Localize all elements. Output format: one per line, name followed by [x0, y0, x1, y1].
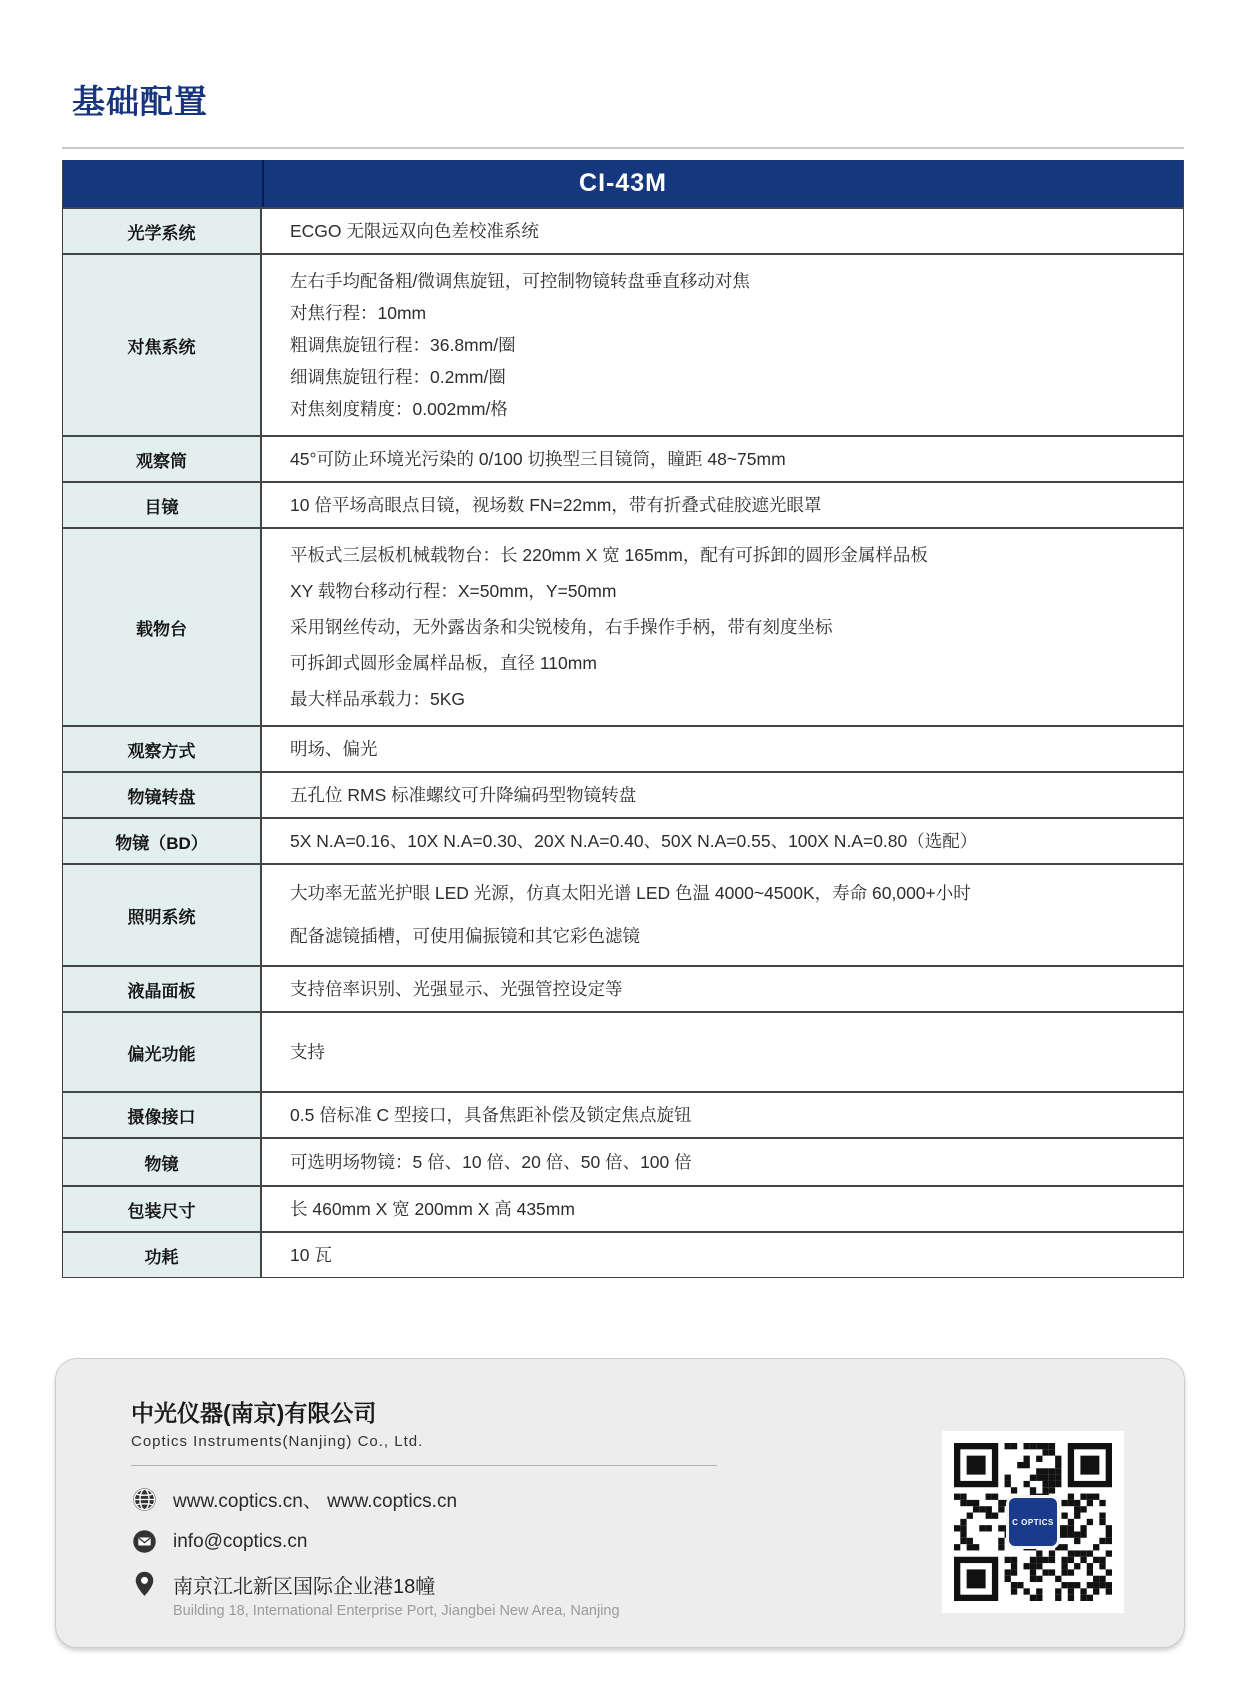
address-en: Building 18, International Enterprise Po…	[173, 1603, 620, 1619]
row-label: 对焦系统	[63, 255, 262, 435]
row-value-line: XY 载物台移动行程：X=50mm，Y=50mm	[290, 573, 1171, 609]
page-title: 基础配置	[72, 76, 208, 123]
email-text: info@coptics.cn	[173, 1531, 307, 1553]
company-footer-card: 中光仪器(南京)有限公司 Coptics Instruments(Nanjing…	[55, 1358, 1185, 1648]
email-icon	[131, 1528, 158, 1555]
row-label: 物镜转盘	[63, 773, 262, 817]
row-value-line: 五孔位 RMS 标准螺纹可升降编码型物镜转盘	[290, 780, 1171, 810]
row-label: 物镜（BD）	[63, 819, 262, 863]
row-value: 长 460mm X 宽 200mm X 高 435mm	[262, 1187, 1183, 1231]
address-row: 南京江北新区国际企业港18幢 Building 18, Internationa…	[131, 1570, 811, 1619]
spec-table-body: 光学系统ECGO 无限远双向色差校准系统对焦系统左右手均配备粗/微调焦旋钮，可控…	[63, 207, 1183, 1277]
row-value: 支持倍率识别、光强显示、光强管控设定等	[262, 967, 1183, 1011]
row-value-line: 45°可防止环境光污染的 0/100 切换型三目镜筒，瞳距 48~75mm	[290, 444, 1171, 474]
row-value-line: 5X N.A=0.16、10X N.A=0.30、20X N.A=0.40、50…	[290, 826, 1171, 856]
table-row: 物镜转盘五孔位 RMS 标准螺纹可升降编码型物镜转盘	[63, 771, 1183, 817]
qr-center-logo: C OPTICS	[1006, 1495, 1060, 1549]
header-column-divider	[262, 160, 264, 207]
row-value: ECGO 无限远双向色差校准系统	[262, 209, 1183, 253]
model-name: CI-43M	[579, 169, 667, 198]
row-value-line: 最大样品承载力：5KG	[290, 681, 1171, 717]
table-row: 液晶面板支持倍率识别、光强显示、光强管控设定等	[63, 965, 1183, 1011]
table-row: 光学系统ECGO 无限远双向色差校准系统	[63, 207, 1183, 253]
row-value: 平板式三层板机械载物台：长 220mm X 宽 165mm，配有可拆卸的圆形金属…	[262, 529, 1183, 725]
row-value: 0.5 倍标准 C 型接口，具备焦距补偿及锁定焦点旋钮	[262, 1093, 1183, 1137]
company-info-block: 中光仪器(南京)有限公司 Coptics Instruments(Nanjing…	[131, 1395, 811, 1619]
row-value: 支持	[262, 1013, 1183, 1091]
table-row: 照明系统大功率无蓝光护眼 LED 光源，仿真太阳光谱 LED 色温 4000~4…	[63, 863, 1183, 965]
row-label: 观察筒	[63, 437, 262, 481]
table-row: 包装尺寸长 460mm X 宽 200mm X 高 435mm	[63, 1185, 1183, 1231]
website-row: www.coptics.cn、 www.coptics.cn	[131, 1486, 811, 1513]
table-row: 偏光功能支持	[63, 1011, 1183, 1091]
row-value: 明场、偏光	[262, 727, 1183, 771]
row-value-line: 可拆卸式圆形金属样品板，直径 110mm	[290, 645, 1171, 681]
table-row: 摄像接口0.5 倍标准 C 型接口，具备焦距补偿及锁定焦点旋钮	[63, 1091, 1183, 1137]
row-value-line: ECGO 无限远双向色差校准系统	[290, 216, 1171, 246]
row-value-line: 平板式三层板机械载物台：长 220mm X 宽 165mm，配有可拆卸的圆形金属…	[290, 537, 1171, 573]
row-value: 可选明场物镜：5 倍、10 倍、20 倍、50 倍、100 倍	[262, 1139, 1183, 1185]
row-value-line: 长 460mm X 宽 200mm X 高 435mm	[290, 1194, 1171, 1224]
spec-table-header: CI-43M	[63, 160, 1183, 207]
row-value-line: 明场、偏光	[290, 734, 1171, 764]
location-pin-icon	[131, 1570, 158, 1597]
row-label: 液晶面板	[63, 967, 262, 1011]
website-text: www.coptics.cn、 www.coptics.cn	[173, 1486, 457, 1513]
row-value-line: 粗调焦旋钮行程：36.8mm/圈	[290, 329, 1171, 361]
row-label: 摄像接口	[63, 1093, 262, 1137]
row-value-line: 10 瓦	[290, 1240, 1171, 1270]
title-underline	[62, 147, 1184, 149]
row-value-line: 配备滤镜插槽，可使用偏振镜和其它彩色滤镜	[290, 915, 1171, 958]
globe-icon	[131, 1486, 158, 1513]
table-row: 物镜（BD）5X N.A=0.16、10X N.A=0.30、20X N.A=0…	[63, 817, 1183, 863]
row-value-line: 支持	[290, 1037, 1171, 1067]
spec-table: CI-43M 光学系统ECGO 无限远双向色差校准系统对焦系统左右手均配备粗/微…	[62, 160, 1184, 1278]
row-value: 五孔位 RMS 标准螺纹可升降编码型物镜转盘	[262, 773, 1183, 817]
row-label: 光学系统	[63, 209, 262, 253]
table-row: 载物台平板式三层板机械载物台：长 220mm X 宽 165mm，配有可拆卸的圆…	[63, 527, 1183, 725]
table-row: 物镜可选明场物镜：5 倍、10 倍、20 倍、50 倍、100 倍	[63, 1137, 1183, 1185]
row-label: 物镜	[63, 1139, 262, 1185]
company-name-cn: 中光仪器(南京)有限公司	[131, 1395, 811, 1428]
address-block: 南京江北新区国际企业港18幢 Building 18, Internationa…	[173, 1570, 620, 1619]
table-row: 观察方式明场、偏光	[63, 725, 1183, 771]
qr-code: C OPTICS	[942, 1431, 1124, 1613]
address-cn: 南京江北新区国际企业港18幢	[173, 1570, 620, 1599]
row-label: 功耗	[63, 1233, 262, 1277]
row-value: 10 倍平场高眼点目镜，视场数 FN=22mm，带有折叠式硅胶遮光眼罩	[262, 483, 1183, 527]
row-label: 载物台	[63, 529, 262, 725]
row-value: 左右手均配备粗/微调焦旋钮，可控制物镜转盘垂直移动对焦对焦行程：10mm粗调焦旋…	[262, 255, 1183, 435]
row-value-line: 对焦刻度精度：0.002mm/格	[290, 393, 1171, 425]
footer-divider	[131, 1465, 717, 1466]
row-label: 包装尺寸	[63, 1187, 262, 1231]
table-row: 对焦系统左右手均配备粗/微调焦旋钮，可控制物镜转盘垂直移动对焦对焦行程：10mm…	[63, 253, 1183, 435]
row-value-line: 支持倍率识别、光强显示、光强管控设定等	[290, 974, 1171, 1004]
row-label: 偏光功能	[63, 1013, 262, 1091]
row-value-line: 对焦行程：10mm	[290, 297, 1171, 329]
row-value-line: 0.5 倍标准 C 型接口，具备焦距补偿及锁定焦点旋钮	[290, 1100, 1171, 1130]
row-value: 10 瓦	[262, 1233, 1183, 1277]
row-value-line: 大功率无蓝光护眼 LED 光源，仿真太阳光谱 LED 色温 4000~4500K…	[290, 872, 1171, 915]
row-value-line: 采用钢丝传动，无外露齿条和尖锐棱角，右手操作手柄，带有刻度坐标	[290, 609, 1171, 645]
row-value: 大功率无蓝光护眼 LED 光源，仿真太阳光谱 LED 色温 4000~4500K…	[262, 865, 1183, 965]
row-value-line: 细调焦旋钮行程：0.2mm/圈	[290, 361, 1171, 393]
row-value-line: 可选明场物镜：5 倍、10 倍、20 倍、50 倍、100 倍	[290, 1147, 1171, 1177]
company-name-en: Coptics Instruments(Nanjing) Co., Ltd.	[131, 1433, 811, 1450]
row-value: 45°可防止环境光污染的 0/100 切换型三目镜筒，瞳距 48~75mm	[262, 437, 1183, 481]
email-row: info@coptics.cn	[131, 1528, 811, 1555]
table-row: 观察筒45°可防止环境光污染的 0/100 切换型三目镜筒，瞳距 48~75mm	[63, 435, 1183, 481]
row-value-line: 10 倍平场高眼点目镜，视场数 FN=22mm，带有折叠式硅胶遮光眼罩	[290, 490, 1171, 520]
row-value: 5X N.A=0.16、10X N.A=0.30、20X N.A=0.40、50…	[262, 819, 1183, 863]
table-row: 功耗10 瓦	[63, 1231, 1183, 1277]
row-value-line: 左右手均配备粗/微调焦旋钮，可控制物镜转盘垂直移动对焦	[290, 265, 1171, 297]
row-label: 观察方式	[63, 727, 262, 771]
row-label: 照明系统	[63, 865, 262, 965]
row-label: 目镜	[63, 483, 262, 527]
table-row: 目镜10 倍平场高眼点目镜，视场数 FN=22mm，带有折叠式硅胶遮光眼罩	[63, 481, 1183, 527]
